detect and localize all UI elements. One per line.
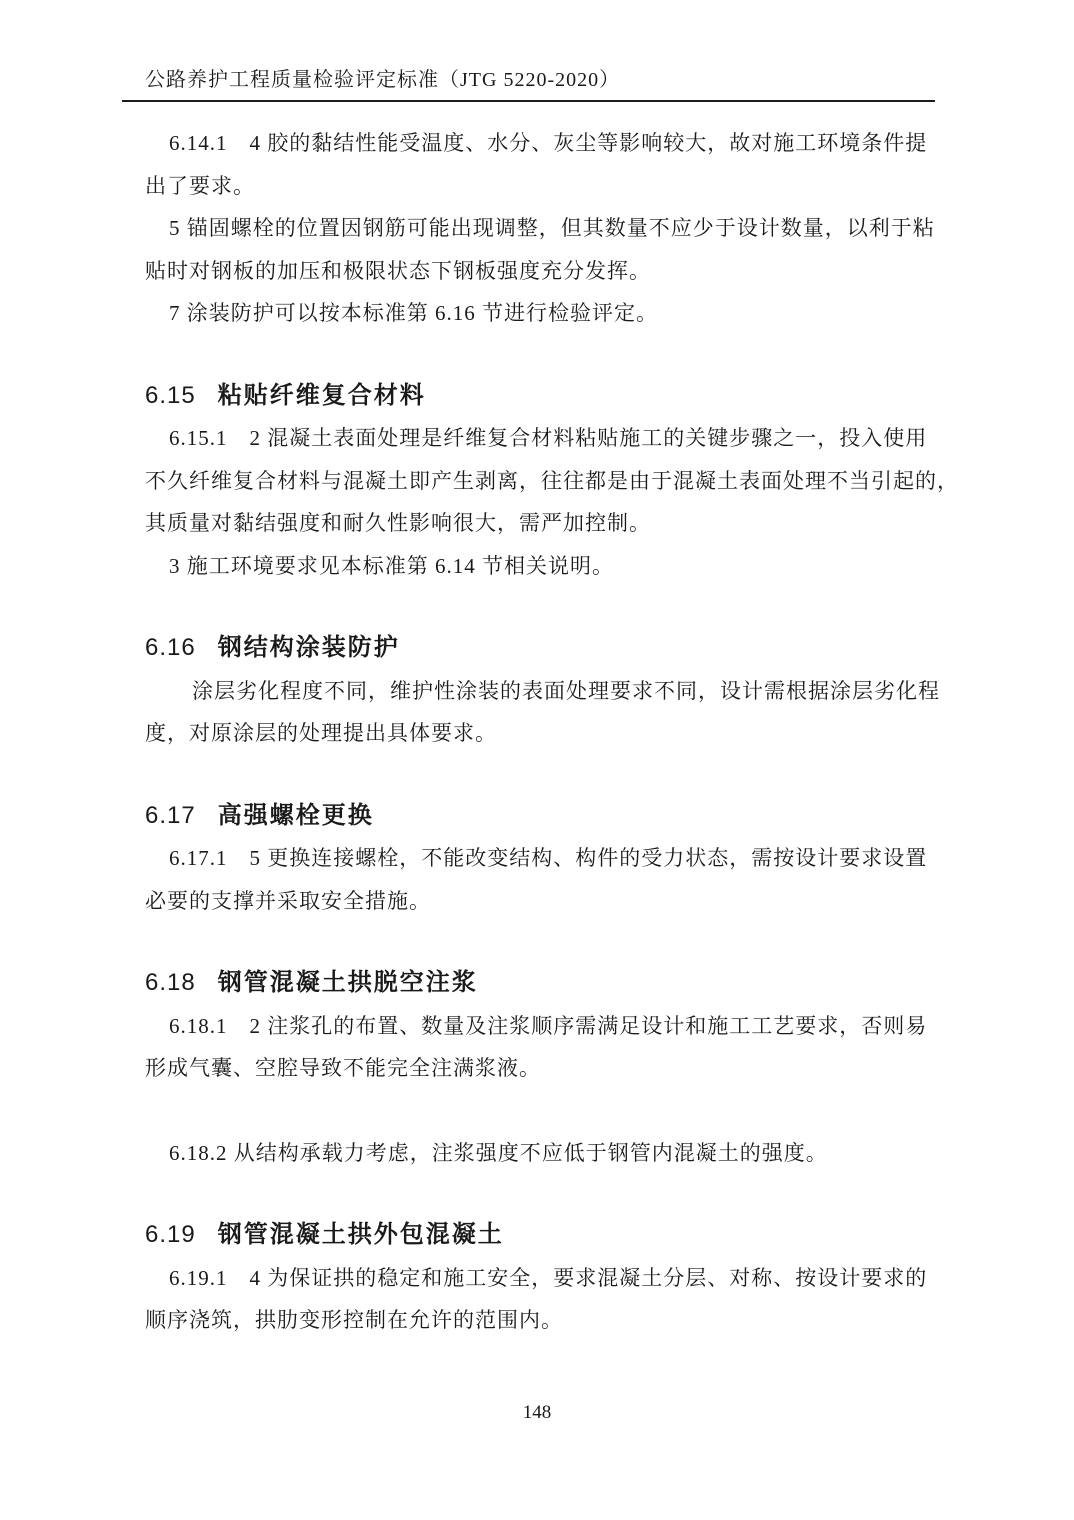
paragraph: 7 涂装防护可以按本标准第 6.16 节进行检验评定。 <box>145 292 935 335</box>
paragraph-line: 6.19.1 4 为保证拱的稳定和施工安全，要求混凝土分层、对称、按设计要求的 <box>145 1257 935 1300</box>
header-rule <box>122 100 935 102</box>
paragraph: 6.18.2 从结构承载力考虑，注浆强度不应低于钢管内混凝土的强度。 <box>145 1132 935 1175</box>
paragraph-line: 5 锚固螺栓的位置因钢筋可能出现调整，但其数量不应少于设计数量，以利于粘 <box>145 207 935 250</box>
paragraph-line: 形成气囊、空腔导致不能完全注满浆液。 <box>145 1047 935 1090</box>
paragraph-line: 6.14.1 4 胶的黏结性能受温度、水分、灰尘等影响较大，故对施工环境条件提 <box>145 122 935 165</box>
section-title: 钢管混凝土拱脱空注浆 <box>218 969 478 996</box>
paragraph: 6.17.1 5 更换连接螺栓，不能改变结构、构件的受力状态，需按设计要求设置必… <box>145 837 935 922</box>
paragraph-line: 出了要求。 <box>145 165 935 208</box>
section-number: 6.17 <box>145 802 196 829</box>
paragraph: 6.14.1 4 胶的黏结性能受温度、水分、灰尘等影响较大，故对施工环境条件提出… <box>145 122 935 207</box>
paragraph: 6.19.1 4 为保证拱的稳定和施工安全，要求混凝土分层、对称、按设计要求的顺… <box>145 1257 935 1342</box>
section-number: 6.15 <box>145 382 196 409</box>
page-number: 148 <box>0 1398 1074 1428</box>
paragraph-line: 涂层劣化程度不同，维护性涂装的表面处理要求不同，设计需根据涂层劣化程 <box>145 670 935 713</box>
paragraph-line: 顺序浇筑，拱肋变形控制在允许的范围内。 <box>145 1299 935 1342</box>
paragraph-line: 3 施工环境要求见本标准第 6.14 节相关说明。 <box>145 545 935 588</box>
running-header: 公路养护工程质量检验评定标准（JTG 5220-2020） <box>145 66 620 94</box>
paragraph-line: 6.15.1 2 混凝土表面处理是纤维复合材料粘贴施工的关键步骤之一，投入使用 <box>145 417 935 460</box>
paragraph-line: 贴时对钢板的加压和极限状态下钢板强度充分发挥。 <box>145 250 935 293</box>
section-heading: 6.18钢管混凝土拱脱空注浆 <box>145 962 935 1005</box>
paragraph-line: 不久纤维复合材料与混凝土即产生剥离，往往都是由于混凝土表面处理不当引起的， <box>145 460 935 503</box>
paragraph: 3 施工环境要求见本标准第 6.14 节相关说明。 <box>145 545 935 588</box>
section-title: 高强螺栓更换 <box>218 802 374 829</box>
paragraph-line: 6.18.1 2 注浆孔的布置、数量及注浆顺序需满足设计和施工工艺要求，否则易 <box>145 1005 935 1048</box>
paragraph: 涂层劣化程度不同，维护性涂装的表面处理要求不同，设计需根据涂层劣化程度，对原涂层… <box>145 670 935 755</box>
paragraph-line: 7 涂装防护可以按本标准第 6.16 节进行检验评定。 <box>145 292 935 335</box>
section-heading: 6.19钢管混凝土拱外包混凝土 <box>145 1214 935 1257</box>
section-heading: 6.15粘贴纤维复合材料 <box>145 375 935 418</box>
section-title: 粘贴纤维复合材料 <box>218 382 426 409</box>
paragraph-line: 其质量对黏结强度和耐久性影响很大，需严加控制。 <box>145 502 935 545</box>
section-title: 钢管混凝土拱外包混凝土 <box>218 1221 504 1248</box>
document-body: 6.14.1 4 胶的黏结性能受温度、水分、灰尘等影响较大，故对施工环境条件提出… <box>145 122 935 1342</box>
section-title: 钢结构涂装防护 <box>218 634 400 661</box>
section-number: 6.18 <box>145 969 196 996</box>
section-heading: 6.17高强螺栓更换 <box>145 795 935 838</box>
paragraph: 5 锚固螺栓的位置因钢筋可能出现调整，但其数量不应少于设计数量，以利于粘贴时对钢… <box>145 207 935 292</box>
paragraph-line: 度，对原涂层的处理提出具体要求。 <box>145 712 935 755</box>
paragraph-line: 必要的支撑并采取安全措施。 <box>145 880 935 923</box>
paragraph-line: 6.18.2 从结构承载力考虑，注浆强度不应低于钢管内混凝土的强度。 <box>145 1132 935 1175</box>
section-number: 6.16 <box>145 634 196 661</box>
document-page: 公路养护工程质量检验评定标准（JTG 5220-2020） 6.14.1 4 胶… <box>0 0 1074 1520</box>
paragraph-line: 6.17.1 5 更换连接螺栓，不能改变结构、构件的受力状态，需按设计要求设置 <box>145 837 935 880</box>
paragraph: 6.18.1 2 注浆孔的布置、数量及注浆顺序需满足设计和施工工艺要求，否则易形… <box>145 1005 935 1090</box>
paragraph: 6.15.1 2 混凝土表面处理是纤维复合材料粘贴施工的关键步骤之一，投入使用不… <box>145 417 935 545</box>
section-heading: 6.16钢结构涂装防护 <box>145 627 935 670</box>
section-number: 6.19 <box>145 1221 196 1248</box>
